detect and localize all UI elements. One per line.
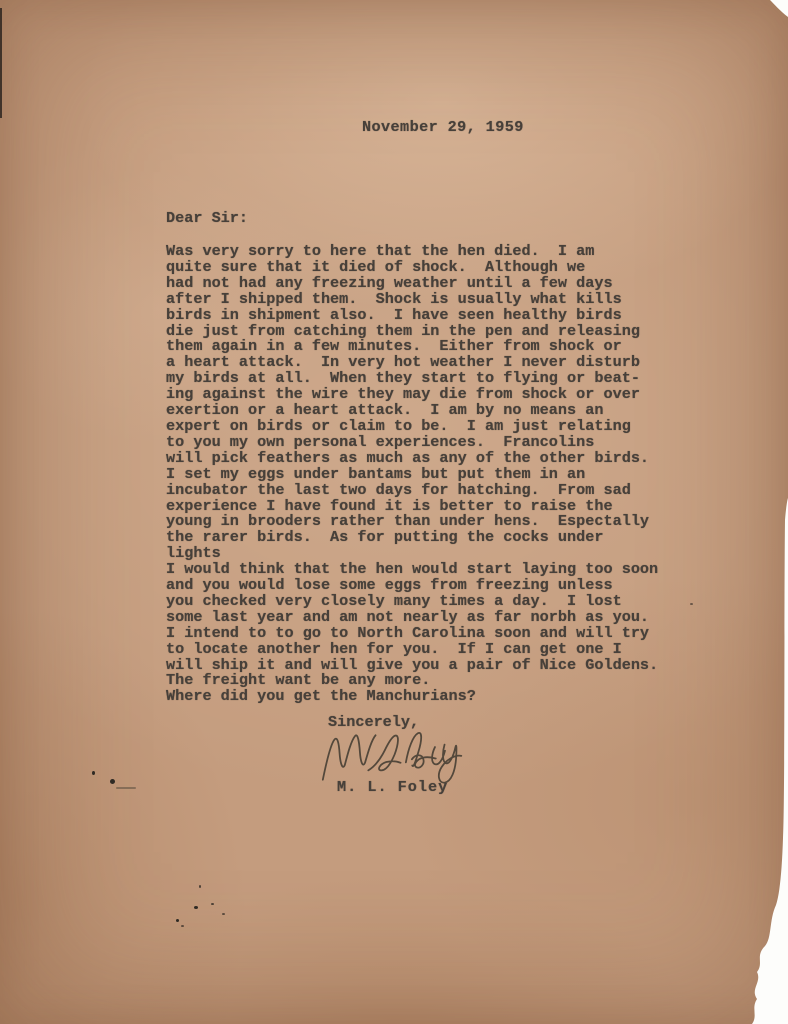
letter-body: Was very sorry to here that the hen died… — [166, 244, 666, 705]
ink-speck — [194, 906, 198, 909]
ink-smear — [116, 787, 136, 789]
ink-speck — [110, 779, 115, 784]
scanned-letter-page: November 29, 1959 Dear Sir: Was very sor… — [0, 0, 788, 1024]
typed-signature-name: M. L. Foley — [337, 778, 448, 796]
salutation: Dear Sir: — [166, 210, 248, 227]
ink-speck — [211, 903, 214, 905]
ink-speck — [690, 603, 693, 605]
ink-speck — [92, 771, 95, 775]
ink-speck — [222, 913, 225, 915]
scan-edge-shadow — [0, 8, 2, 118]
date-line: November 29, 1959 — [362, 119, 524, 136]
ink-speck — [181, 925, 184, 927]
ink-speck — [176, 919, 179, 922]
ink-speck — [199, 885, 201, 888]
